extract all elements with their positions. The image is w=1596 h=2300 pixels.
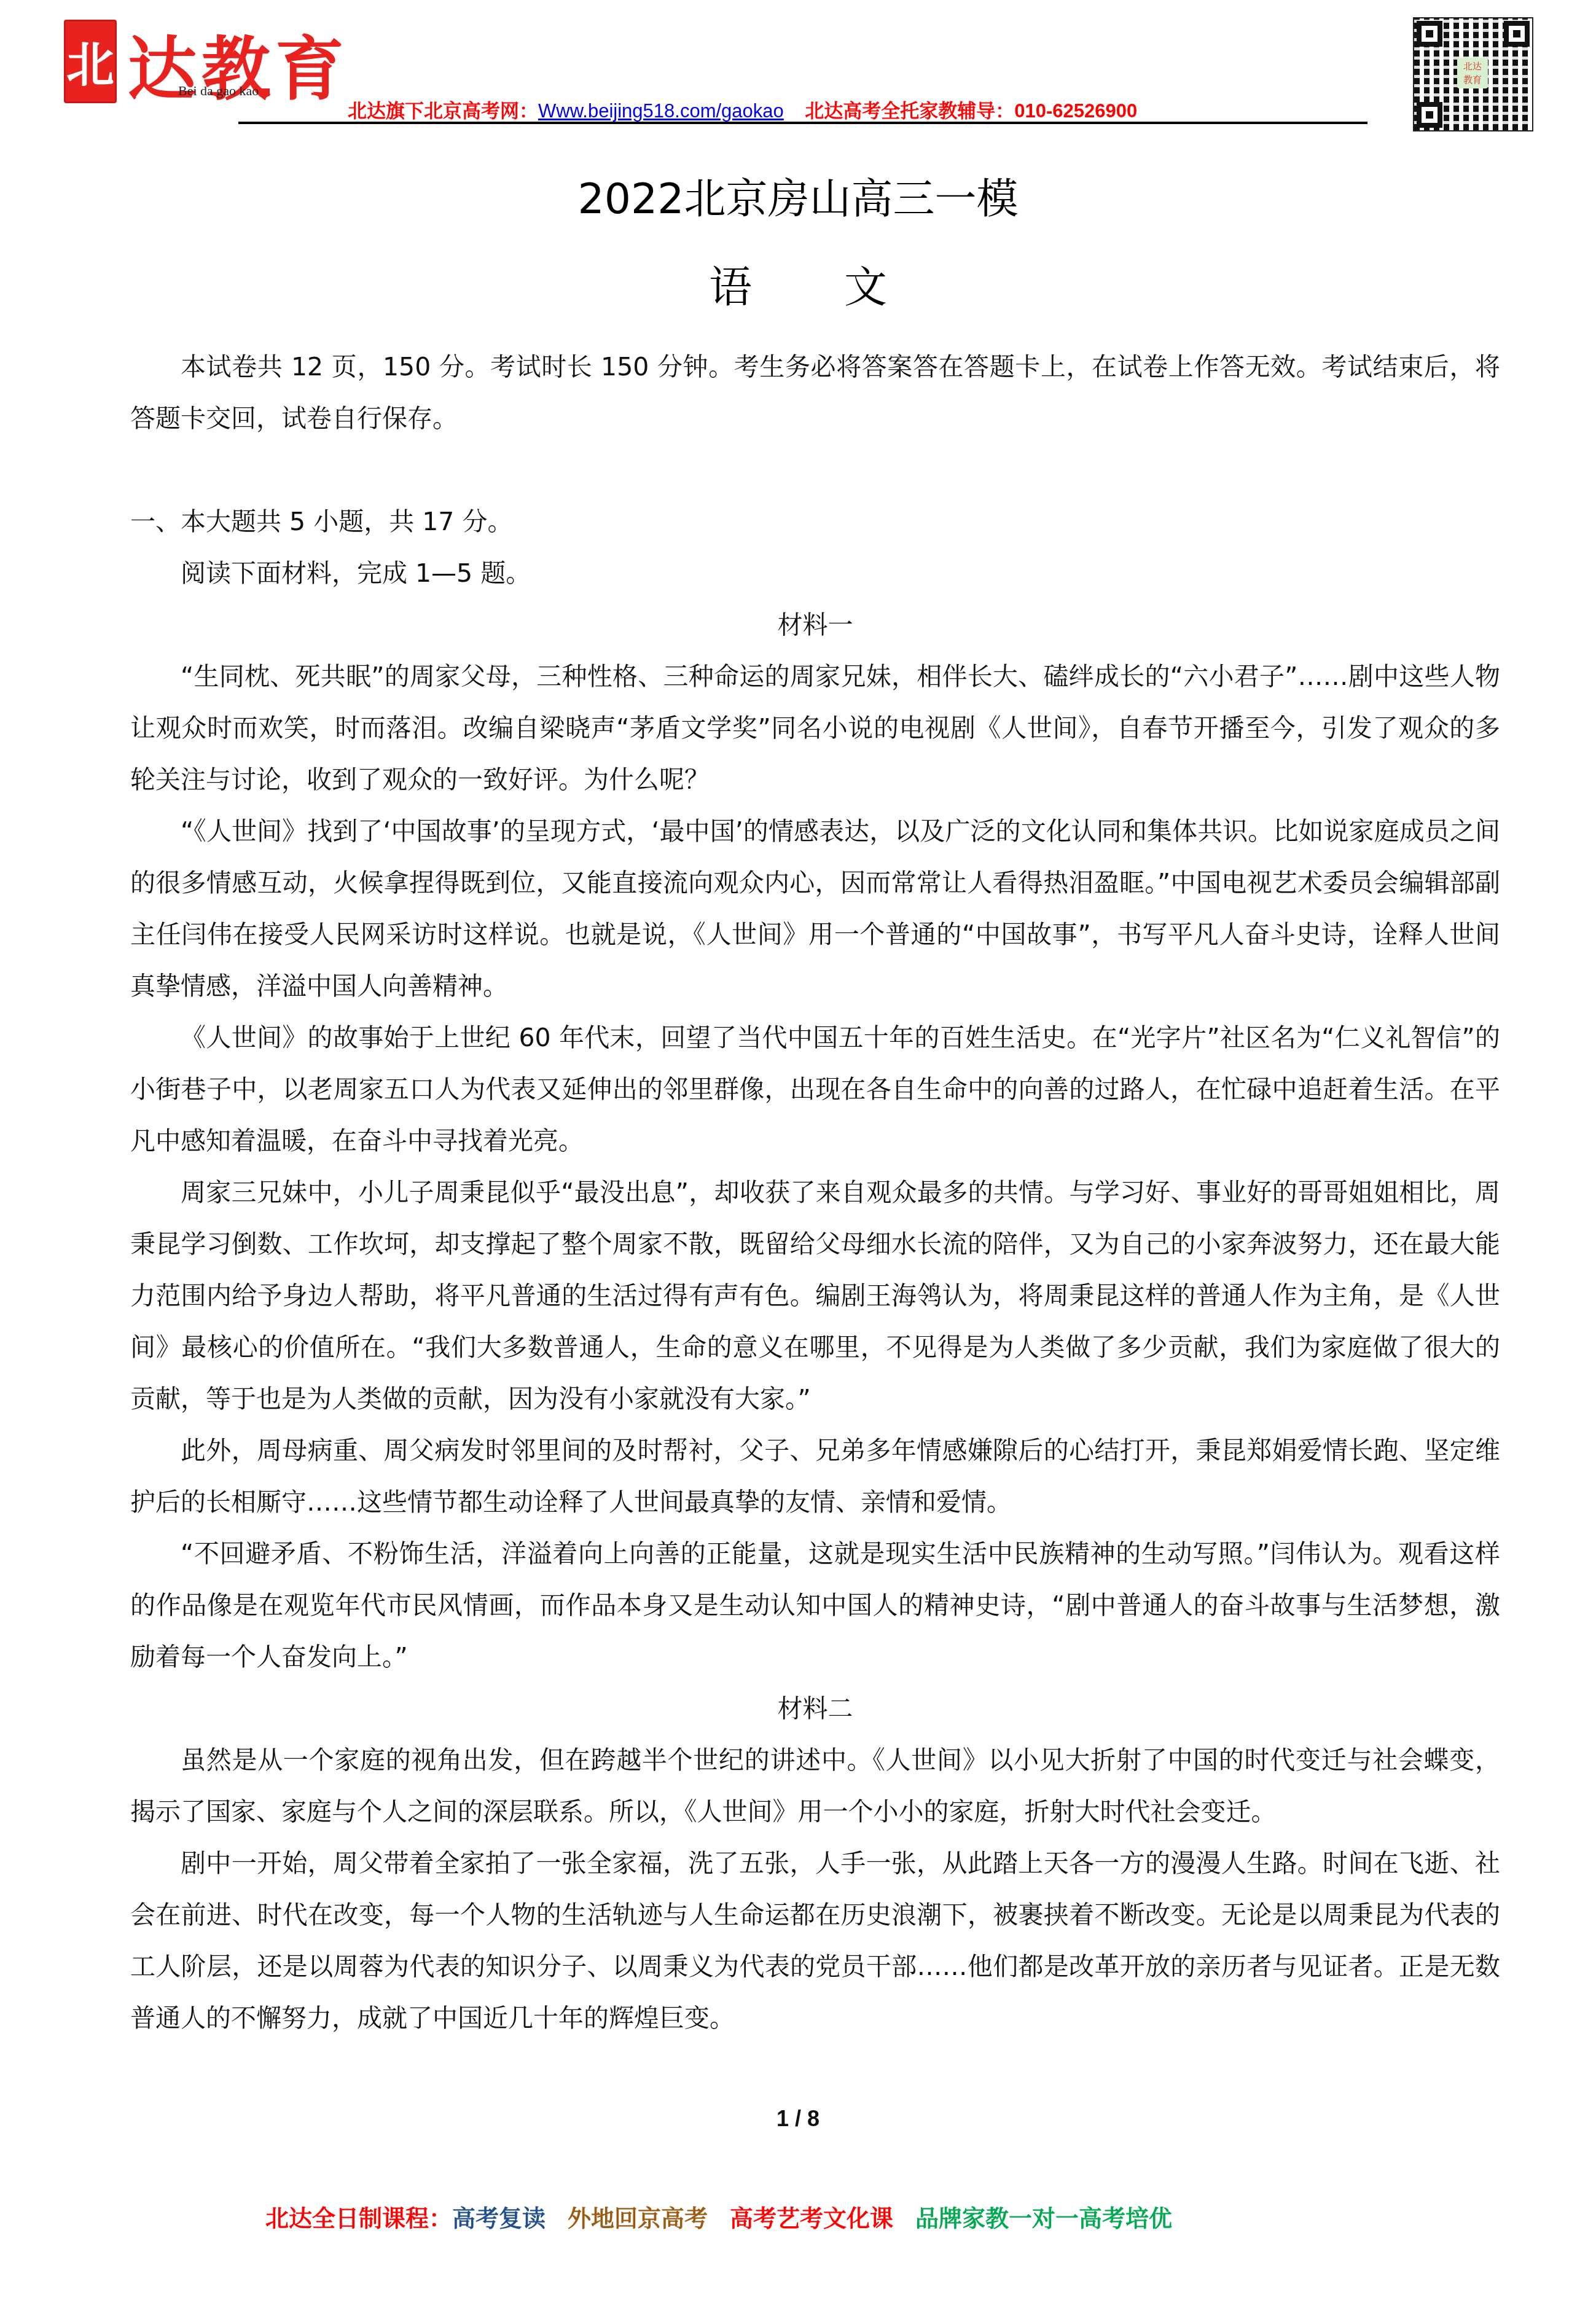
footer-label: 北达全日制课程： <box>265 2205 452 2232</box>
red-square-icon <box>262 88 270 96</box>
subject-title: 语文 <box>0 253 1596 315</box>
paragraph: 剧中一开始，周父带着全家拍了一张全家福，洗了五张，人手一张，从此踏上天各一方的漫… <box>130 1837 1500 2044</box>
page-number: 1 / 8 <box>0 2106 1596 2132</box>
material-2-heading: 材料二 <box>130 1683 1500 1734</box>
paragraph: “不回避矛盾、不粉饰生活，洋溢着向上向善的正能量，这就是现实生活中民族精神的生动… <box>130 1528 1500 1683</box>
paragraph: 此外，周母病重、周父病发时邻里间的及时帮衬，父子、兄弟多年情感嫌隙后的心结打开，… <box>130 1425 1500 1528</box>
tutoring-hotline: 北达高考全托家教辅导：010-62526900 <box>805 100 1137 122</box>
header-divider <box>238 122 1367 124</box>
document-body: 本试卷共 12 页，150 分。考试时长 150 分钟。考生务必将答案答在答题卡… <box>130 341 1500 2044</box>
paragraph: 周家三兄妹中，小儿子周秉昆似乎“最没出息”，却收获了来自观众最多的共情。与学习好… <box>130 1167 1500 1425</box>
logo-subtitle: Bei da gao kao <box>178 83 270 99</box>
paragraph: “《人世间》找到了‘中国故事’的呈现方式，‘最中国’的情感表达，以及广泛的文化认… <box>130 805 1500 1012</box>
qr-code-icon: 北达 教育 <box>1414 18 1532 130</box>
site-label: 北达旗下北京高考网： <box>348 100 538 122</box>
qr-finder <box>1504 21 1530 47</box>
material-1-heading: 材料一 <box>130 599 1500 651</box>
paragraph: “生同枕、死共眠”的周家父母，三种性格、三种命运的周家兄妹，相伴长大、磕绊成长的… <box>130 651 1500 805</box>
qr-finder <box>1417 21 1442 47</box>
paragraph: 《人世间》的故事始于上世纪 60 年代末，回望了当代中国五十年的百姓生活史。在“… <box>130 1012 1500 1167</box>
footer-courses: 北达全日制课程：高考复读外地回京高考高考艺考文化课品牌家教一对一高考培优 <box>265 2199 1194 2233</box>
header-links: 北达旗下北京高考网：Www.beijing518.com/gaokao 北达高考… <box>348 95 1137 123</box>
qr-center-logo: 北达 教育 <box>1457 58 1488 88</box>
qr-finder <box>1417 102 1442 128</box>
site-link[interactable]: Www.beijing518.com/gaokao <box>538 100 784 122</box>
footer-course-item: 高考艺考文化课 <box>730 2205 893 2232</box>
footer-course-item: 高考复读 <box>452 2205 546 2232</box>
section-prompt: 阅读下面材料，完成 1—5 题。 <box>130 547 1500 599</box>
paragraph: 虽然是从一个家庭的视角出发，但在跨越半个世纪的讲述中。《人世间》以小见大折射了中… <box>130 1734 1500 1837</box>
footer-course-item: 品牌家教一对一高考培优 <box>915 2205 1172 2232</box>
footer-course-item: 外地回京高考 <box>568 2205 708 2232</box>
page-title: 2022北京房山高三一模 <box>0 166 1596 225</box>
logo-subtitle-text: Bei da gao kao <box>178 83 259 98</box>
exam-instructions: 本试卷共 12 页，150 分。考试时长 150 分钟。考生务必将答案答在答题卡… <box>130 341 1500 444</box>
section-header: 一、本大题共 5 小题，共 17 分。 <box>130 496 1500 547</box>
